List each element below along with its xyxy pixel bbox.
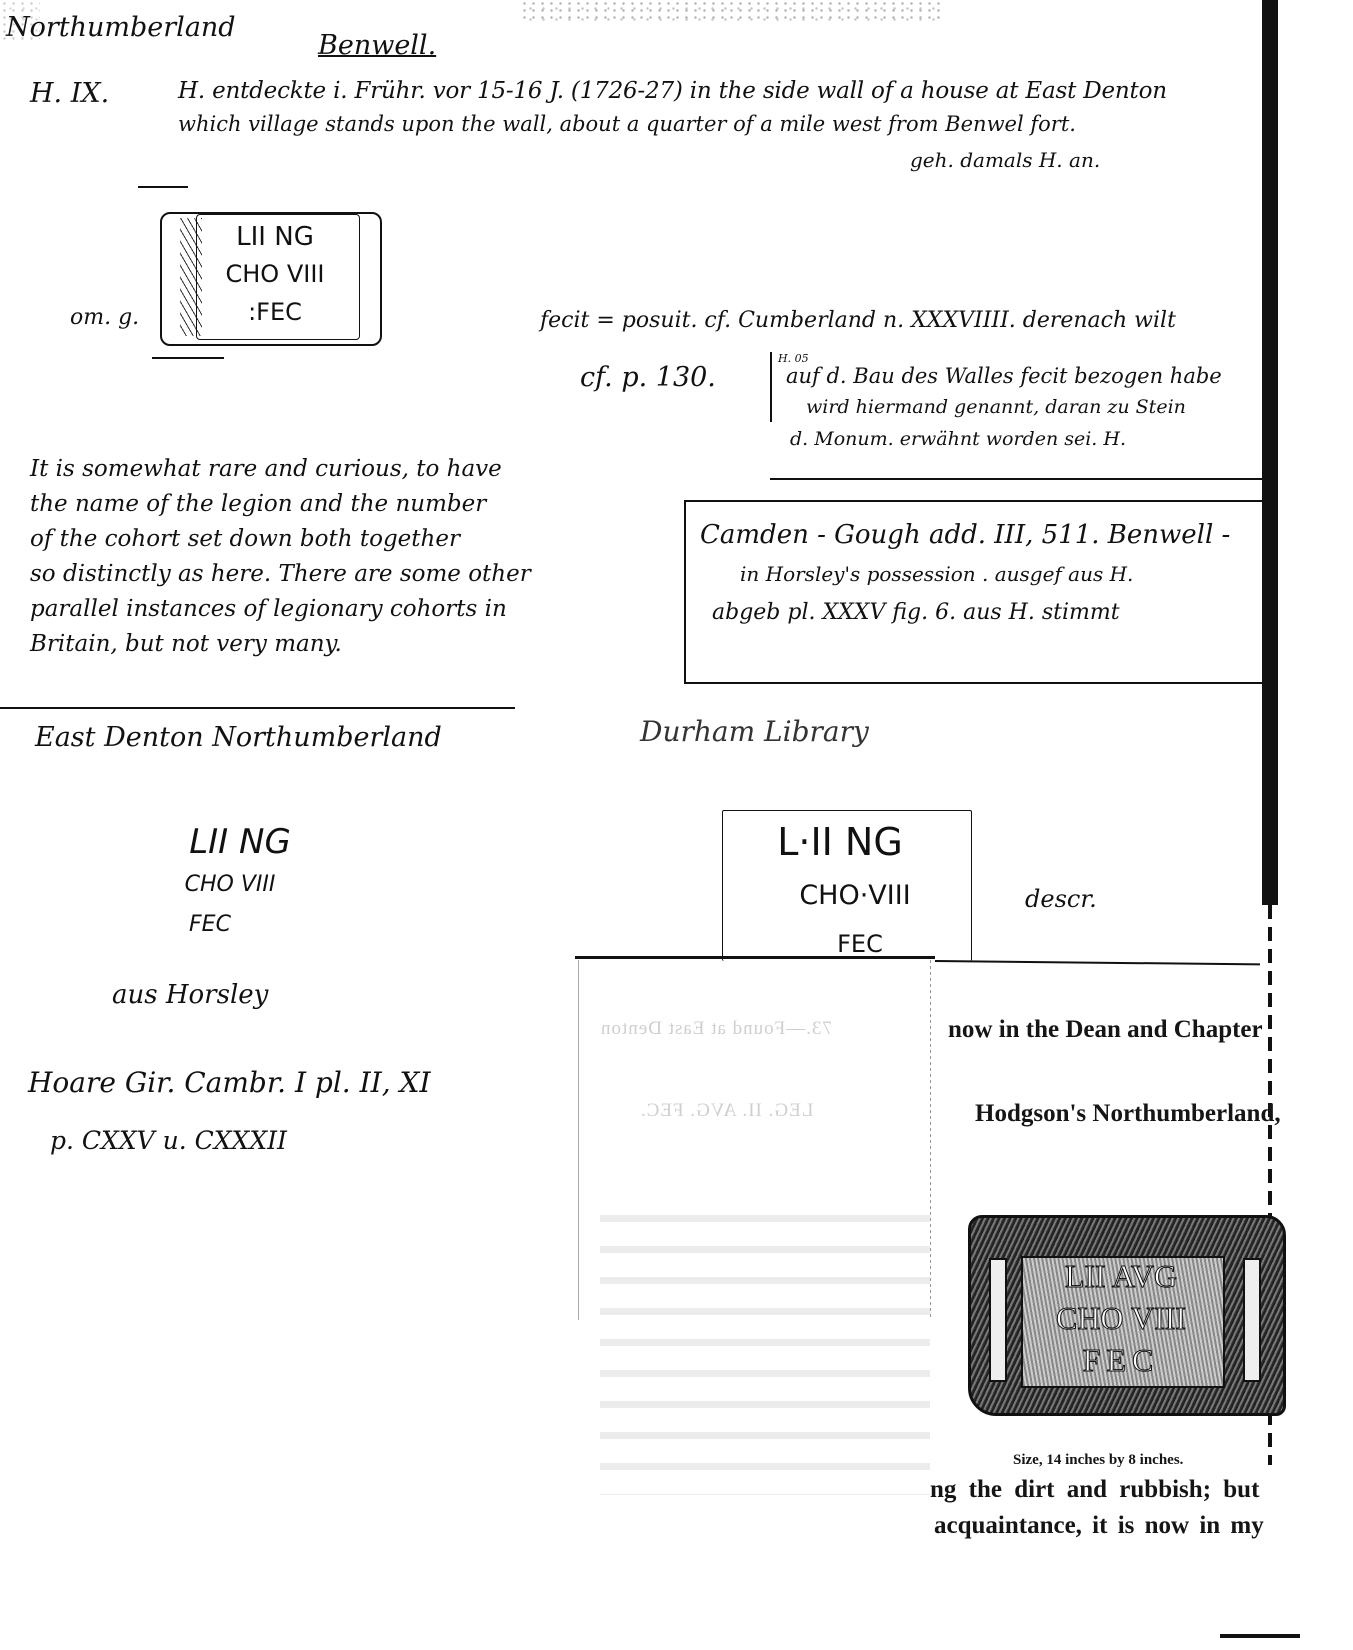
clipping-ghost-line-2: LEG. II. AVG. FEC. (640, 1100, 813, 1122)
stone-engraving: LII AVG CHO VIII FEC (968, 1215, 1286, 1416)
divider-short (138, 186, 188, 188)
east-denton-source-1: aus Horsley (112, 980, 268, 1010)
stone-column-left (989, 1258, 1007, 1382)
clipping-top-edge-2 (935, 960, 1260, 965)
entry-ref: H. IX. (30, 78, 109, 109)
note-ref-bracket (770, 352, 772, 422)
commentary-block: It is somewhat rare and curious, to have… (30, 452, 531, 662)
entry-line-1: H. entdeckte i. Frühr. vor 15-16 J. (172… (178, 78, 1167, 104)
clipping-line-1: now in the Dean and Chapter (948, 1016, 1263, 1044)
sketch1-side-note: om. g. (70, 305, 139, 330)
scan-noise-top (520, 0, 940, 22)
stone-inscription-3: FEC (1023, 1342, 1219, 1379)
clipping-ghost-paragraph (600, 1195, 930, 1495)
clipping-line-4: acquaintance, it is now in my (934, 1512, 1264, 1540)
east-denton-heading: East Denton Northumberland (35, 722, 442, 753)
entry-ref-text: H. IX. (30, 78, 109, 109)
note-line-4: d. Monum. erwähnt worden sei. H. (790, 428, 1126, 450)
stone-column-right (1243, 1258, 1261, 1382)
figure-caption: Size, 14 inches by 8 inches. (1013, 1452, 1183, 1469)
east-denton-line-3: FEC (140, 912, 280, 937)
stone-inscription-1: LII AVG (1023, 1258, 1219, 1295)
divider-right-1 (770, 478, 1262, 480)
sketch1-line-3: :FEC (200, 298, 350, 326)
clipping-fold-line (930, 960, 931, 1320)
commentary-line: of the cohort set down both together (30, 522, 531, 557)
durham-line-1: L·II NG (740, 820, 940, 864)
commentary-line: so distinctly as here. There are some ot… (30, 557, 531, 592)
east-denton-line-2: CHO VIII (140, 872, 320, 897)
east-denton-line-1: LII NG (140, 822, 340, 862)
camden-line-1: Camden - Gough add. III, 511. Benwell - (700, 520, 1230, 550)
clipping-line-3: ng the dirt and rubbish; but (930, 1476, 1259, 1504)
east-denton-source-2: Hoare Gir. Cambr. I pl. II, XI (28, 1066, 431, 1099)
note-line-3: wird hiermand genannt, daran zu Stein (806, 396, 1186, 418)
durham-side-note: descr. (1025, 885, 1097, 913)
divider-under-sketch1 (152, 357, 224, 359)
camden-line-3: abgeb pl. XXXV fig. 6. aus H. stimmt (712, 600, 1120, 625)
camden-line-2: in Horsley's possession . ausgef aus H. (740, 562, 1133, 586)
clipping-ghost-line-1: 73.—Found at East Denton (600, 1018, 832, 1040)
note-line-1: fecit = posuit. cf. Cumberland n. XXXVII… (540, 308, 1176, 333)
entry-line-3: geh. damals H. an. (910, 148, 1100, 172)
sketch1-line-2: CHO VIII (200, 260, 350, 288)
clipping-left-edge (578, 960, 579, 1320)
bottom-edge-mark (1220, 1634, 1300, 1638)
stone-inscription-2: CHO VIII (1023, 1300, 1219, 1337)
site-heading: Benwell. (318, 30, 436, 61)
entry-line-2: which village stands upon the wall, abou… (178, 112, 1076, 136)
commentary-line: Britain, but not very many. (30, 627, 531, 662)
clipping-line-2: Hodgson's Northumberland, (975, 1100, 1281, 1128)
divider-left (0, 707, 515, 709)
note-ref: cf. p. 130. (580, 362, 716, 393)
durham-heading: Durham Library (640, 715, 869, 748)
commentary-line: It is somewhat rare and curious, to have (30, 452, 531, 487)
commentary-line: parallel instances of legionary cohorts … (30, 592, 531, 627)
clipping-top-edge (575, 956, 935, 959)
note-line-2: auf d. Bau des Walles fecit bezogen habe (786, 364, 1222, 388)
durham-line-2: CHO·VIII (760, 880, 950, 911)
page-edge-right (1262, 0, 1278, 905)
commentary-line: the name of the legion and the number (30, 487, 531, 522)
durham-line-3: FEC (820, 930, 900, 958)
county-heading: Northumberland (6, 12, 236, 43)
sketch1-line-1: LII NG (200, 222, 350, 252)
east-denton-source-3: p. CXXV u. CXXXII (50, 1126, 287, 1155)
